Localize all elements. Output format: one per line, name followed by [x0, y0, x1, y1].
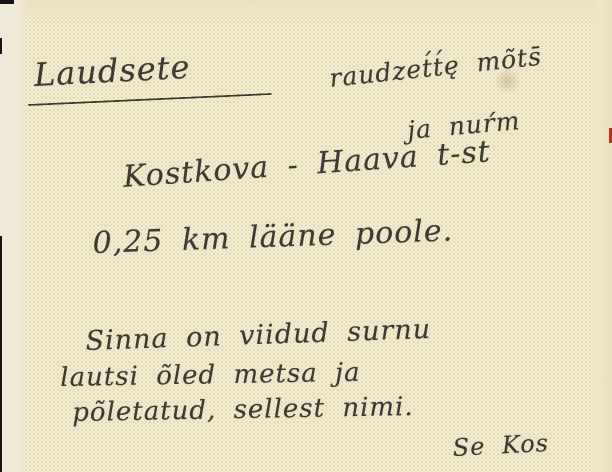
place-name-title: Laudsete — [33, 48, 191, 94]
index-card-scan: Laudsete raudzet́t́ę mõts̄ ja nuŕm Kostk… — [0, 0, 612, 472]
title-underline — [28, 93, 272, 106]
location-line-1: Kostkova - Haava t-st — [122, 134, 492, 195]
explanation-line-2: lautsi õled metsa ja — [60, 358, 361, 393]
collector-signature: Se Kos — [452, 429, 550, 462]
scan-artifact-corner-mark — [0, 0, 14, 4]
explanation-line-3: põletatud, sellest nimi. — [72, 392, 414, 428]
card-right-edge-shade — [588, 0, 612, 472]
location-line-2: 0,25 km lääne poole. — [92, 213, 454, 261]
card-top-edge-shade — [0, 0, 612, 24]
card-left-edge-shade — [0, 0, 28, 472]
scan-artifact-left-line-upper — [0, 38, 2, 54]
explanation-line-1: Sinna on viidud surnu — [85, 314, 432, 357]
scan-artifact-left-line-lower — [0, 236, 2, 472]
